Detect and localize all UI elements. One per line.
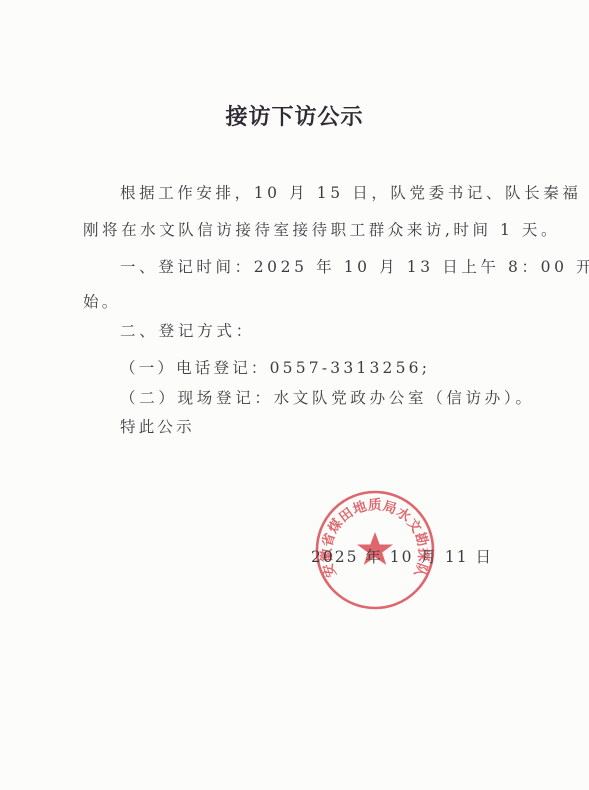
document-page: 接访下访公示 根据工作安排，10 月 15 日，队党委书记、队长秦福 刚将在水文… bbox=[0, 0, 589, 790]
paragraph-line: （一）电话登记：0557-3313256; bbox=[120, 356, 430, 378]
document-date: 2025 年 10 月 11 日 bbox=[311, 545, 493, 567]
paragraph-line: 刚将在水文队信访接待室接待职工群众来访,时间 1 天。 bbox=[83, 218, 560, 240]
paragraph-line: 始。 bbox=[83, 290, 120, 312]
document-title: 接访下访公示 bbox=[0, 100, 589, 131]
paragraph-line: 根据工作安排，10 月 15 日，队党委书记、队长秦福 bbox=[120, 181, 581, 203]
paragraph-line: 一、登记时间：2025 年 10 月 13 日上午 8：00 开 bbox=[120, 255, 589, 277]
paragraph-line: （二）现场登记：水文队党政办公室（信访办）。 bbox=[120, 386, 535, 408]
paragraph-line: 二、登记方式： bbox=[120, 319, 255, 341]
closing-line: 特此公示 bbox=[120, 415, 195, 437]
